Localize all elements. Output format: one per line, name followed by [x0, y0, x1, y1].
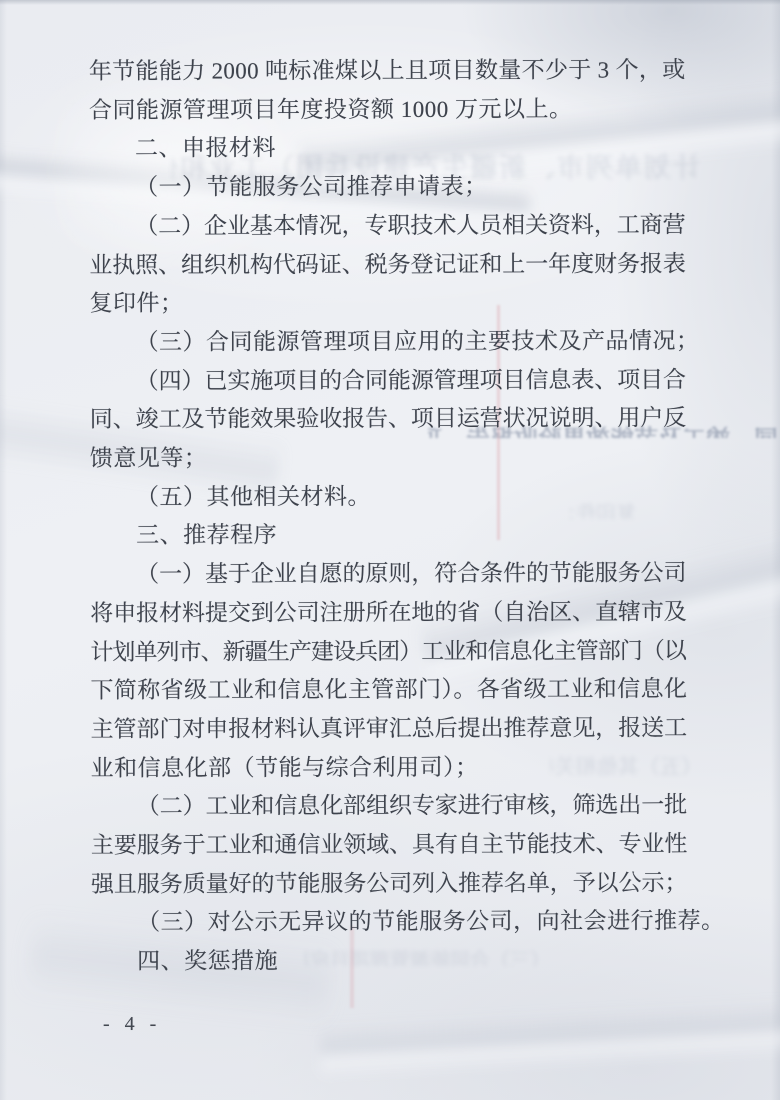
body-line: 业和信息化部（节能与综合利用司）；: [91, 748, 688, 788]
body-line: 业执照、组织机构代码证、税务登记证和上一年度财务报表: [89, 245, 686, 285]
body-line: （三）对公示无异议的节能服务公司，向社会进行推荐。: [91, 903, 688, 943]
body-line-text: 强且服务质量好的节能服务公司列入推荐名单，予以公示；: [91, 870, 688, 897]
body-line-text: 同、竣工及节能效果验收报告、项目运营状况说明、用户反: [90, 406, 687, 433]
body-line: （五）其他相关材料。: [90, 477, 687, 517]
section-heading: 三、推荐程序: [90, 516, 687, 556]
body-line: 馈意见等；: [90, 438, 687, 478]
body-line: 主要服务于工业和通信业领域、具有自主节能技术、专业性: [91, 825, 688, 865]
section-heading: 四、奖惩措施: [91, 941, 688, 981]
body-line-text: 复印件；: [89, 291, 183, 316]
body-line-text: （三）合同能源管理项目应用的主要技术及产品情况；: [136, 328, 700, 354]
body-line: 年节能能力 2000 吨标准煤以上且项目数量不少于 3 个，或: [89, 51, 686, 91]
body-line-text: （二）企业基本情况，专职技术人员相关资料，工商营: [135, 212, 685, 238]
body-line: （一）基于企业自愿的原则，符合条件的节能服务公司: [90, 554, 687, 594]
body-line: 将申报材料提交到公司注册所在地的省（自治区、直辖市及: [90, 593, 687, 633]
body-line-text: 下简称省级工业和信息化主管部门）。各省级工业和信息化: [90, 676, 687, 703]
body-line-text: （二）工业和信息化部组织专家进行审核，筛选出一批: [137, 793, 687, 819]
body-line-text: 主要服务于工业和通信业领域、具有自主节能技术、专业性: [91, 831, 688, 858]
body-line-text: 业和信息化部（节能与综合利用司）；: [91, 754, 479, 780]
body-line-text: 将申报材料提交到公司注册所在地的省（自治区、直辖市及: [90, 599, 687, 626]
paper-crease: [319, 1000, 780, 1079]
body-line: 复印件；: [89, 283, 686, 323]
body-line: 合同能源管理项目年度投资额 1000 万元以上。: [89, 90, 686, 130]
body-line-text: （四）已实施项目的合同能源管理项目信息表、项目合: [136, 367, 686, 393]
body-line-text: 馈意见等；: [90, 446, 208, 471]
body-line-text: （一）节能服务公司推荐申请表；: [135, 174, 488, 200]
body-line-text: （一）基于企业自愿的原则，符合条件的节能服务公司: [136, 560, 686, 586]
body-line-text: 业执照、组织机构代码证、税务登记证和上一年度财务报表: [89, 251, 686, 278]
body-line-text: 计划单列市、新疆生产建设兵团）工业和信息化主管部门（以: [90, 638, 686, 665]
body-line-text: 年节能能力 2000 吨标准煤以上且项目数量不少于 3 个，或: [89, 57, 686, 84]
body-line: （四）已实施项目的合同能源管理项目信息表、项目合: [90, 361, 687, 401]
page-number: - 4 -: [103, 1013, 161, 1036]
body-line: 主管部门对申报材料认真评审汇总后提出推荐意见，报送工: [91, 709, 688, 749]
body-line-text: 主管部门对申报材料认真评审汇总后提出推荐意见，报送工: [91, 715, 688, 742]
body-line-text: 四、奖惩措施: [137, 948, 278, 973]
body-line: 下简称省级工业和信息化主管部门）。各省级工业和信息化: [90, 670, 687, 710]
body-line: （三）合同能源管理项目应用的主要技术及产品情况；: [89, 322, 686, 362]
body-line-text: 三、推荐程序: [136, 523, 277, 548]
scanned-page: 计划单列市、新疆生产建设兵团）工业和信息化主管部门（以 同、竣工及节能效果验收报…: [0, 0, 780, 1100]
body-line: 计划单列市、新疆生产建设兵团）工业和信息化主管部门（以: [90, 632, 687, 672]
body-line: 同、竣工及节能效果验收报告、项目运营状况说明、用户反: [90, 400, 687, 440]
body-line: （二）企业基本情况，专职技术人员相关资料，工商营: [89, 206, 686, 246]
section-heading: 二、申报材料: [89, 129, 686, 169]
body-line: （一）节能服务公司推荐申请表；: [89, 167, 686, 207]
body-line-text: （五）其他相关材料。: [136, 484, 371, 510]
body-line: 强且服务质量好的节能服务公司列入推荐名单，予以公示；: [91, 864, 688, 904]
body-line-text: 二、申报材料: [135, 136, 276, 161]
body-line-text: 合同能源管理项目年度投资额 1000 万元以上。: [89, 96, 573, 122]
body-line-text: （三）对公示无异议的节能服务公司，向社会进行推荐。: [137, 909, 725, 936]
body-line: （二）工业和信息化部组织专家进行审核，筛选出一批: [91, 787, 688, 827]
document-body: 年节能能力 2000 吨标准煤以上且项目数量不少于 3 个，或合同能源管理项目年…: [89, 51, 688, 981]
